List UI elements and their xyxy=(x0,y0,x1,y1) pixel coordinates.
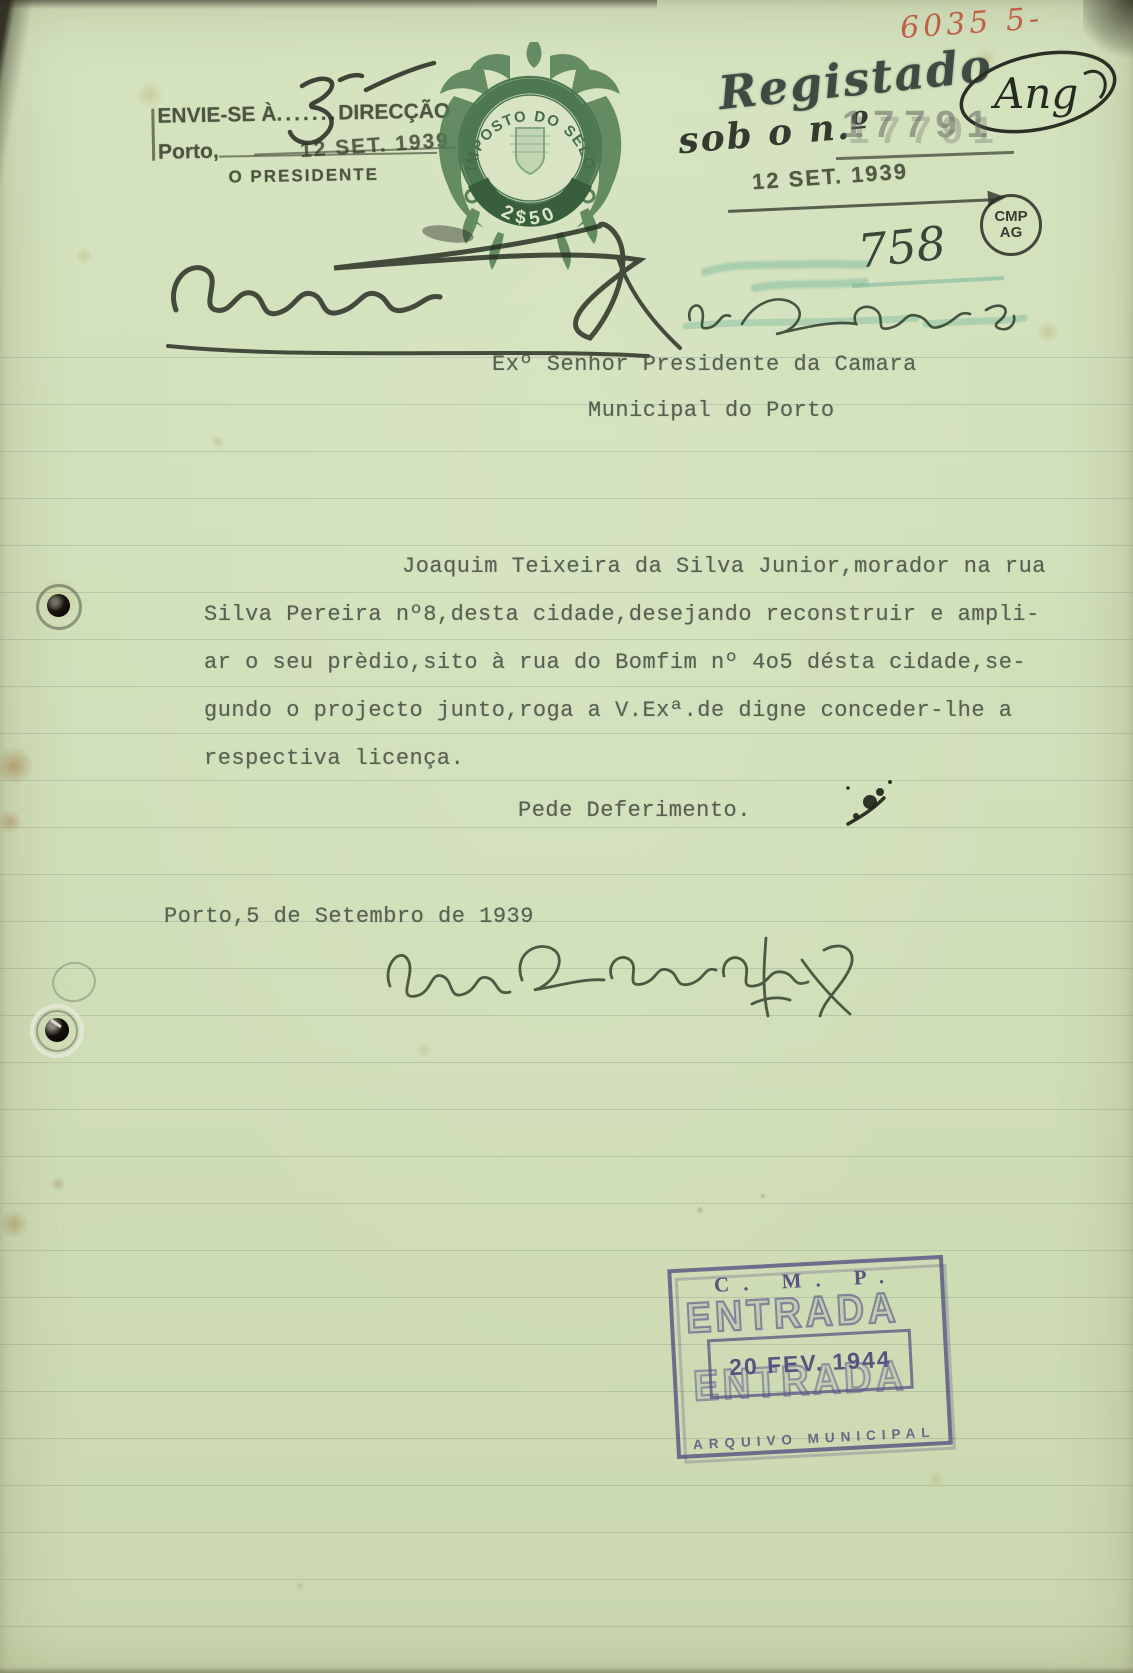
edge-shadow-top xyxy=(0,0,657,9)
body-line: ar o seu prèdio,sito à rua do Bomfim nº … xyxy=(204,650,1026,675)
registered-date-underline xyxy=(728,198,996,213)
letter-heading-line1: Exº Senhor Presidente da Camara xyxy=(492,352,917,377)
body-line: gundo o projecto junto,roga a V.Exª.de d… xyxy=(204,698,1012,723)
cmp-ag-line2: AG xyxy=(1000,225,1023,241)
cmp-ag-stamp: CMP AG xyxy=(980,194,1042,256)
letter-heading-line2: Municipal do Porto xyxy=(588,398,835,423)
ink-blot xyxy=(838,772,900,834)
dispatch-line2-prefix: Porto, xyxy=(158,140,219,164)
applicant-signature: Joaquim Teixeira da Silva Jor xyxy=(372,916,877,1031)
body-line: Joaquim Teixeira da Silva Junior,morador… xyxy=(402,554,1046,579)
dispatch-line3: O PRESIDENTE xyxy=(228,165,379,188)
punch-hole xyxy=(30,1004,84,1058)
entry-stamp: C. M. P. ENTRADA 20 FEV. 1944 ENTRADA AR… xyxy=(667,1255,953,1459)
closing-pede-deferimento: Pede Deferimento. xyxy=(518,798,751,823)
pencil-circle xyxy=(48,958,99,1006)
edge-shadow-bottom xyxy=(0,1667,1133,1673)
registered-date-stamp: 12 SET. 1939 xyxy=(751,159,909,196)
body-line: Silva Pereira nº8,desta cidade,desejando… xyxy=(204,602,1040,627)
cmp-ag-line1: CMP xyxy=(994,209,1027,225)
license-number-758: 758 xyxy=(855,216,948,279)
stamp-bracket xyxy=(151,109,155,161)
document-page: ENVIE-SE À.......DIRECÇÃO Porto, O PRESI… xyxy=(0,0,1133,1673)
tax-stamp-emblem xyxy=(516,128,544,174)
president-signature xyxy=(148,198,688,363)
body-line: respectiva licença. xyxy=(204,746,464,771)
corner-shadow-top-left xyxy=(0,0,46,185)
dispatch-line1-prefix: ENVIE-SE À xyxy=(157,103,276,128)
punch-hole xyxy=(36,584,82,630)
registered-number-ghost: 17791 xyxy=(848,110,1004,153)
handwritten-note-scribble xyxy=(676,280,1028,340)
